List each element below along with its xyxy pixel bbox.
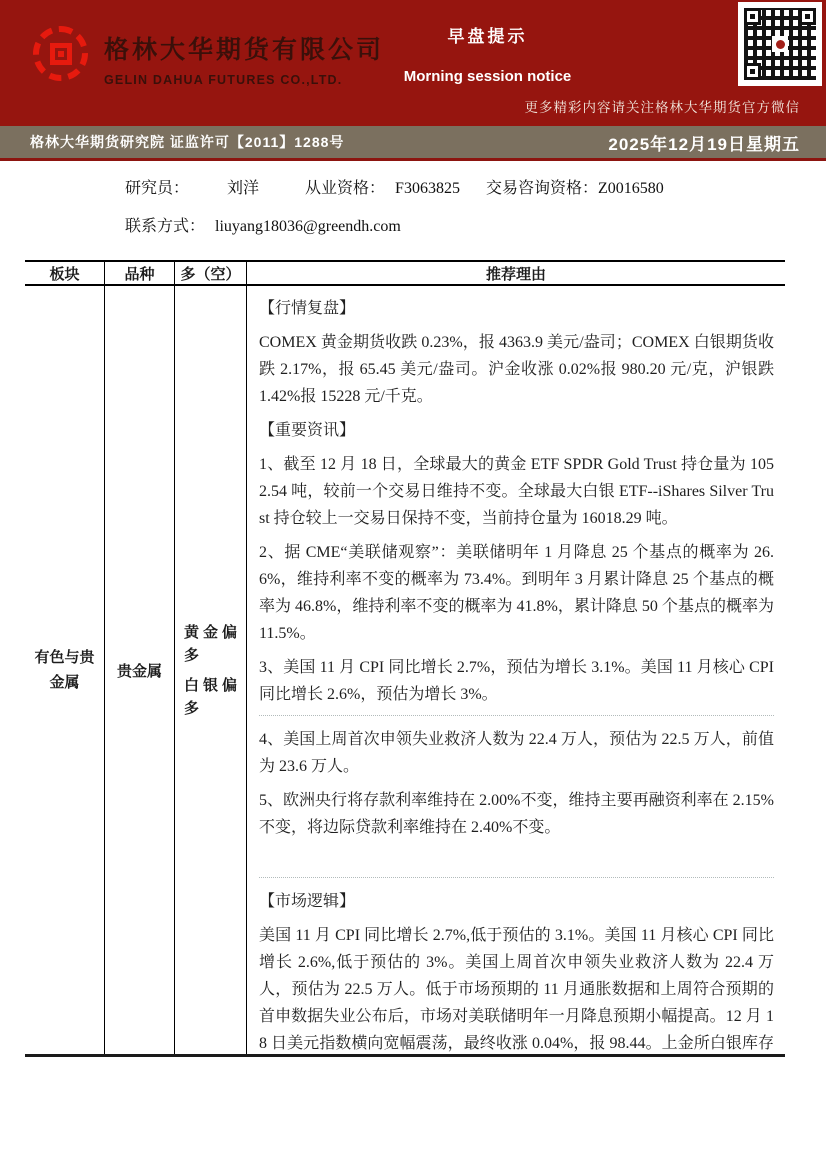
- reason-paragraph: 4、美国上周首次申领失业救济人数为 22.4 万人，预估为 22.5 万人，前值…: [259, 726, 774, 780]
- reason-paragraph: 5、欧洲央行将存款利率维持在 2.00%不变，维持主要再融资利率在 2.15%不…: [259, 787, 774, 841]
- logo-glyph-icon: [50, 43, 72, 65]
- qr-finder-icon: [744, 8, 761, 25]
- col-header-sector: 板块: [25, 262, 105, 284]
- qualification-value: F3063825: [395, 180, 460, 197]
- researcher-name: 刘洋: [227, 180, 259, 197]
- qualification-label: 从业资格：: [305, 180, 385, 197]
- license-date-bar: 格林大华期货研究院 证监许可【2011】1288号 2025年12月19日星期五: [0, 126, 826, 161]
- spacer: [259, 848, 774, 874]
- sector-value: 有色与贵金属: [32, 645, 98, 695]
- reason-paragraph: 美国 11 月 CPI 同比增长 2.7%,低于预估的 3.1%。美国 11 月…: [259, 922, 774, 1054]
- reason-paragraph: COMEX 黄金期货收跌 0.23%，报 4363.9 美元/盎司；COMEX …: [259, 329, 774, 410]
- qr-finder-icon: [744, 63, 761, 80]
- position-item: 黄金偏多: [184, 621, 237, 667]
- reason-list: 【行情复盘】COMEX 黄金期货收跌 0.23%，报 4363.9 美元/盎司；…: [259, 295, 774, 1054]
- dotted-divider: [259, 715, 774, 716]
- qr-finder-icon: [799, 8, 816, 25]
- recommendation-table: 板块 品种 多（空） 推荐理由 有色与贵金属 贵金属 黄金偏多白银偏多 【行情复…: [25, 260, 785, 1057]
- dotted-divider: [259, 877, 774, 878]
- wechat-qr-code: [738, 2, 822, 86]
- researcher-row: 研究员：刘洋从业资格：F3063825交易咨询资格：Z0016580: [125, 175, 826, 198]
- report-date: 2025年12月19日星期五: [608, 130, 800, 155]
- reason-paragraph: 1、截至 12 月 18 日，全球最大的黄金 ETF SPDR Gold Tru…: [259, 451, 774, 532]
- contact-row: 联系方式：liuyang18036@greendh.com: [125, 213, 826, 236]
- position-item: 白银偏多: [184, 674, 237, 720]
- variety-value: 贵金属: [117, 660, 162, 681]
- company-name-cn: 格林大华期货有限公司: [104, 30, 384, 66]
- reason-heading: 【重要资讯】: [259, 417, 774, 444]
- contact-email[interactable]: liuyang18036@greendh.com: [215, 218, 401, 235]
- report-title-cn: 早盘提示: [355, 22, 620, 47]
- reason-paragraph: 2、据 CME“美联储观察”：美联储明年 1 月降息 25 个基点的概率为 26…: [259, 539, 774, 647]
- masthead: 格林大华期货有限公司 GELIN DAHUA FUTURES CO.,LTD. …: [0, 0, 826, 126]
- researcher-label: 研究员：: [125, 180, 189, 197]
- institute-license-text: 格林大华期货研究院 证监许可【2011】1288号: [30, 132, 344, 152]
- col-header-variety: 品种: [105, 262, 175, 284]
- sector-cell: 有色与贵金属: [25, 286, 105, 1054]
- morning-notice-page: 格林大华期货有限公司 GELIN DAHUA FUTURES CO.,LTD. …: [0, 0, 826, 1169]
- company-name-en: GELIN DAHUA FUTURES CO.,LTD.: [104, 73, 384, 87]
- reason-paragraph: 3、美国 11 月 CPI 同比增长 2.7%，预估为增长 3.1%。美国 11…: [259, 654, 774, 708]
- table-header-row: 板块 品种 多（空） 推荐理由: [25, 262, 785, 286]
- reason-heading: 【市场逻辑】: [259, 888, 774, 915]
- advisory-value: Z0016580: [598, 180, 664, 197]
- reason-heading: 【行情复盘】: [259, 295, 774, 322]
- contact-label: 联系方式：: [125, 218, 205, 235]
- report-title-en: Morning session notice: [355, 68, 620, 85]
- col-header-reason: 推荐理由: [247, 262, 785, 284]
- advisory-label: 交易咨询资格：: [486, 180, 598, 197]
- researcher-info: 研究员：刘洋从业资格：F3063825交易咨询资格：Z0016580 联系方式：…: [125, 175, 826, 236]
- company-block: 格林大华期货有限公司 GELIN DAHUA FUTURES CO.,LTD.: [104, 30, 384, 87]
- qr-pattern: [744, 8, 816, 80]
- qr-center-logo-icon: [772, 36, 788, 52]
- report-title-block: 早盘提示 Morning session notice: [355, 22, 620, 85]
- wechat-note: 更多精彩内容请关注格林大华期货官方微信: [525, 96, 801, 116]
- table-row: 有色与贵金属 贵金属 黄金偏多白银偏多 【行情复盘】COMEX 黄金期货收跌 0…: [25, 286, 785, 1057]
- position-cell: 黄金偏多白银偏多: [175, 286, 247, 1054]
- reason-cell: 【行情复盘】COMEX 黄金期货收跌 0.23%，报 4363.9 美元/盎司；…: [247, 286, 785, 1054]
- col-header-position: 多（空）: [175, 262, 247, 284]
- company-logo-icon: [33, 26, 88, 81]
- variety-cell: 贵金属: [105, 286, 175, 1054]
